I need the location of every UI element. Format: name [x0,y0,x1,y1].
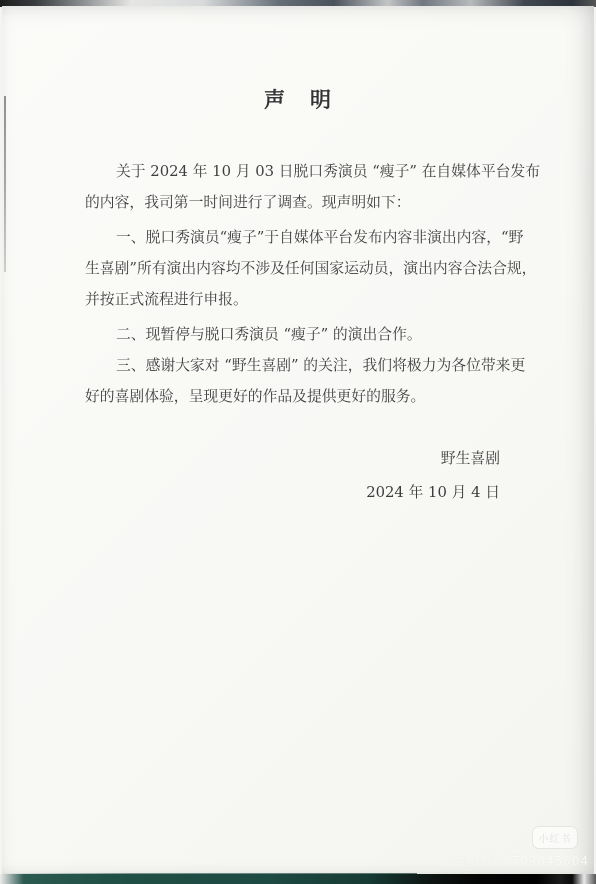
item1-line-1: 一、脱口秀演员“瘦子”于自媒体平台发布内容非演出内容，“野 [85,222,512,253]
item1-line-3: 并按正式流程进行申报。 [85,284,512,315]
item1-line-2: 生喜剧”所有演出内容均不涉及任何国家运动员，演出内容合法合规， [85,253,512,284]
intro-line-2: 的内容，我司第一时间进行了调查。现声明如下： [85,187,512,218]
photo-bottom-table-edge [0,874,596,884]
statement-document: 声 明 关于 2024 年 10 月 03 日脱口秀演员 “瘦子” 在自媒体平台… [2,6,594,875]
item2-line-1: 二、现暂停与脱口秀演员 “瘦子” 的演出合作。 [85,319,512,350]
photo-of-statement: 声 明 关于 2024 年 10 月 03 日脱口秀演员 “瘦子” 在自媒体平台… [0,0,596,884]
xiaohongshu-logo-label: 小红书 [539,830,572,845]
item3-line-2: 好的喜剧体验，呈现更好的作品及提供更好的服务。 [85,381,512,412]
signature-block: 野生喜剧 2024 年 10 月 4 日 [85,443,512,508]
xiaohongshu-id-watermark: 小红书号：709643604 [446,852,589,869]
statement-title: 声 明 [85,84,512,114]
signature-company-name: 野生喜剧 [85,443,500,474]
intro-line-1: 关于 2024 年 10 月 03 日脱口秀演员 “瘦子” 在自媒体平台发布 [85,156,512,187]
statement-body: 关于 2024 年 10 月 03 日脱口秀演员 “瘦子” 在自媒体平台发布 的… [85,156,512,412]
item3-line-1: 三、感谢大家对 “野生喜剧” 的关注，我们将极力为各位带来更 [85,350,512,381]
xiaohongshu-logo-watermark: 小红书 [533,827,577,848]
statement-date: 2024 年 10 月 4 日 [85,477,500,508]
